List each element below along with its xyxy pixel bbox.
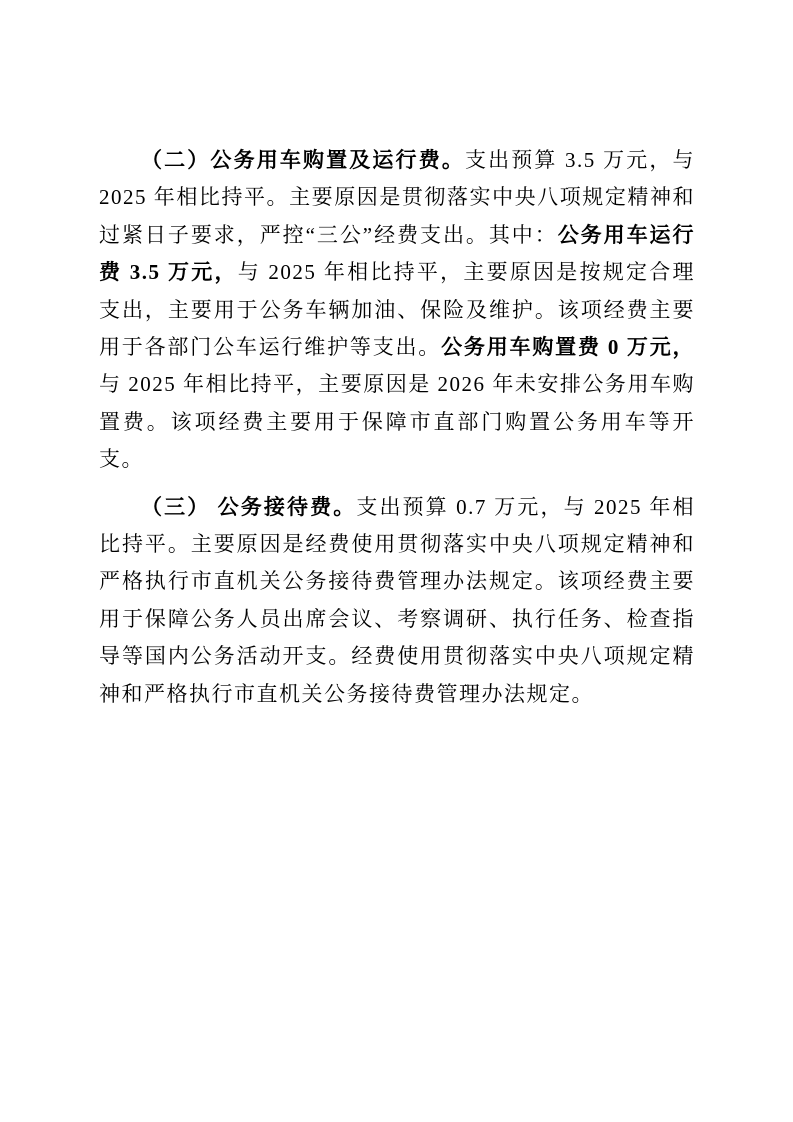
paragraph-official-reception-expense: （三） 公务接待费。支出预算 0.7 万元，与 2025 年相比持平。主要原因是…	[99, 489, 695, 713]
text-run: 与 2025 年相比持平，主要原因是 2026 年未安排公务用车购置费。该项经费…	[99, 372, 695, 471]
document-page: （二）公务用车购置及运行费。支出预算 3.5 万元，与 2025 年相比持平。主…	[0, 0, 793, 1122]
text-run: 支出预算 0.7 万元，与 2025 年相比持平。主要原因是经费使用贯彻落实中央…	[99, 495, 695, 706]
text-run-heading-vehicle-expense: （二）公务用车购置及运行费。	[141, 148, 465, 172]
text-run-vehicle-purchase-fee: 公务用车购置费 0 万元，	[441, 335, 695, 359]
paragraph-vehicle-purchase-and-operation-expense: （二）公务用车购置及运行费。支出预算 3.5 万元，与 2025 年相比持平。主…	[99, 142, 695, 479]
text-run-heading-reception-expense: （三） 公务接待费。	[141, 495, 356, 519]
